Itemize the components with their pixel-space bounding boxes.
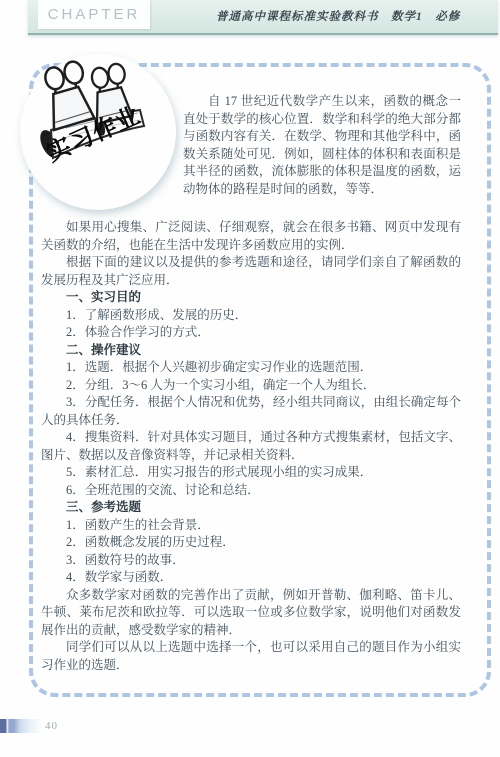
- textbook-page: CHAPTER 普通高中课程标准实验教科书 数学1 必修 自 17 世纪近代数学…: [0, 0, 500, 757]
- page-number: 40: [45, 720, 58, 732]
- section-heading-goals: 一、实习目的: [41, 289, 461, 307]
- list-item: 2．函数概念发展的历史过程．: [41, 534, 461, 552]
- paragraph: 如果用心搜集、广泛阅读、仔细观察，就会在很多书籍、网页中发现有关函数的介绍，也能…: [41, 219, 461, 254]
- chapter-label-box: CHAPTER: [38, 0, 150, 29]
- list-item: 1．选题．根据个人兴趣初步确定实习作业的选题范围．: [41, 359, 461, 377]
- header-band: CHAPTER 普通高中课程标准实验教科书 数学1 必修: [28, 0, 498, 35]
- practicum-badge: 实习作业: [20, 54, 176, 210]
- list-item: 2．体验合作学习的方式．: [41, 324, 461, 342]
- list-item: 6．全班范围的交流、讨论和总结．: [41, 482, 461, 500]
- section-heading-suggestions: 二、操作建议: [41, 342, 461, 360]
- list-item: 2．分组．3～6 人为一个实习小组，确定一个人为组长．: [41, 377, 461, 395]
- note-paragraph: 众多数学家对函数的完善作出了贡献，例如开普勒、伽利略、笛卡儿、牛顿、莱布尼茨和欧…: [41, 587, 461, 640]
- chapter-label: CHAPTER: [48, 6, 141, 23]
- list-item: 1．了解函数形成、发展的历史．: [41, 307, 461, 325]
- section-heading-topics: 三、参考选题: [41, 499, 461, 517]
- book-title: 普通高中课程标准实验教科书 数学1 必修: [216, 8, 460, 24]
- paragraph: 根据下面的建议以及提供的参考选题和途径，请同学们亲自了解函数的发展历程及其广泛应…: [41, 254, 461, 289]
- closing-paragraph: 同学们可以从以上选题中选择一个，也可以采用自己的题目作为小组实习作业的选题．: [41, 639, 461, 674]
- page-number-bar: [0, 719, 42, 733]
- list-item: 5．素材汇总．用实习报告的形式展现小组的实习成果．: [41, 464, 461, 482]
- list-item: 3．分配任务．根据个人情况和优势，经小组共同商议，由组长确定每个人的具体任务．: [41, 394, 461, 429]
- list-item: 4．数学家与函数．: [41, 569, 461, 587]
- list-item: 4．搜集资料．针对具体实习题目，通过各种方式搜集素材，包括文字、图片、数据以及音…: [41, 429, 461, 464]
- list-item: 1．函数产生的社会背景．: [41, 517, 461, 535]
- list-item: 3．函数符号的故事．: [41, 552, 461, 570]
